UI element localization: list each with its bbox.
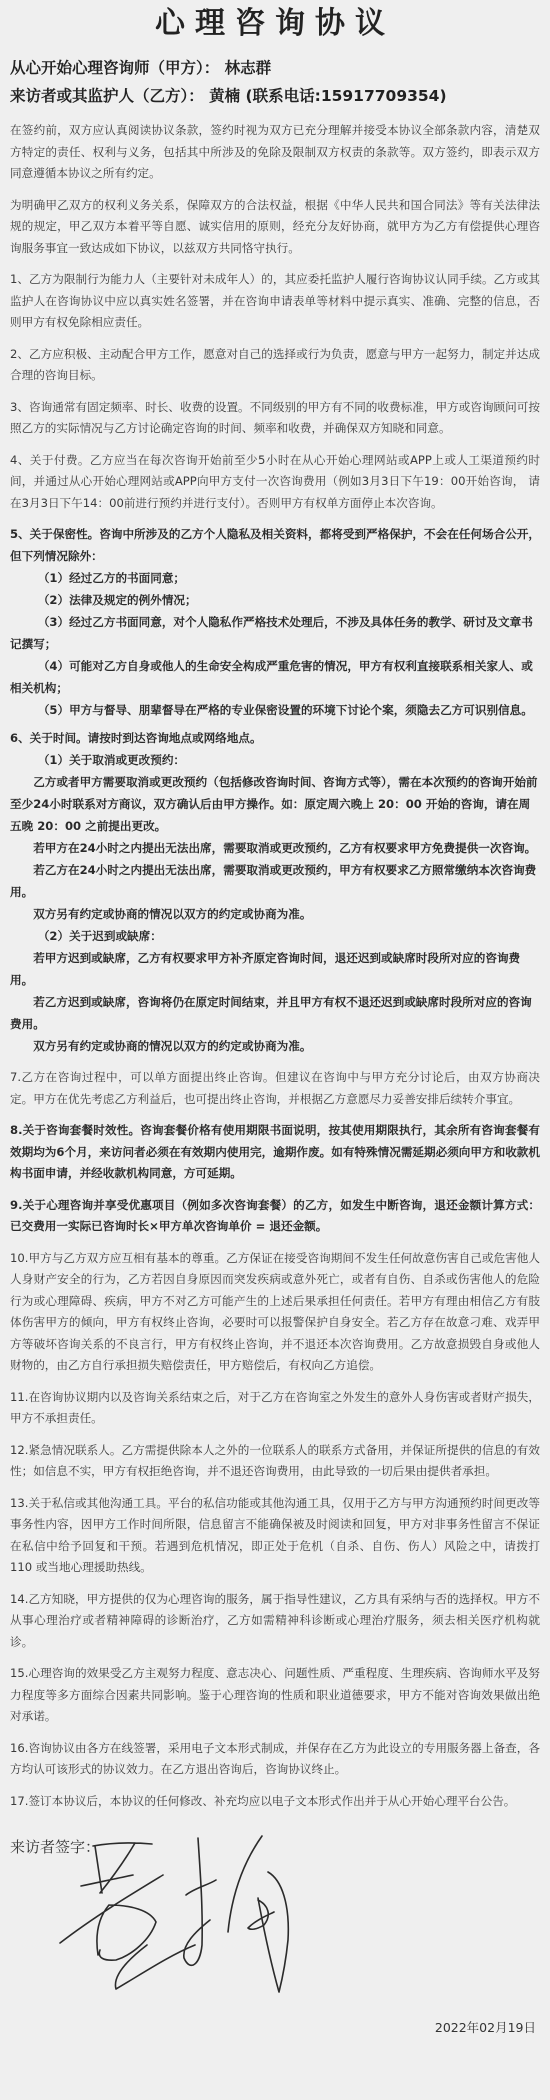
handwritten-signature [0,0,550,2100]
signature-stroke [184,1836,289,1992]
signature-stroke [60,1843,195,1989]
signing-date: 2022年02月19日 [435,2018,536,2036]
